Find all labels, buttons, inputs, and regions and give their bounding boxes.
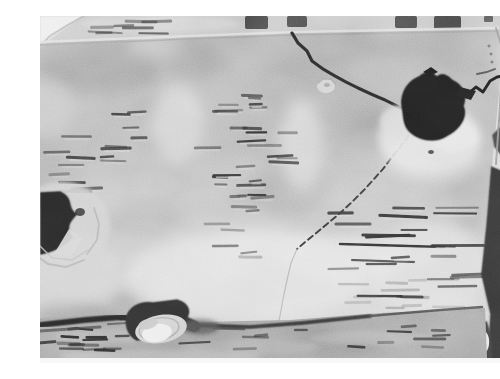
- photo-svg: [40, 16, 500, 363]
- photograph: Black-and-white photograph of a battle-d…: [40, 16, 500, 363]
- photo-border-bottom: [40, 358, 500, 363]
- film-grain-soft: [40, 16, 500, 363]
